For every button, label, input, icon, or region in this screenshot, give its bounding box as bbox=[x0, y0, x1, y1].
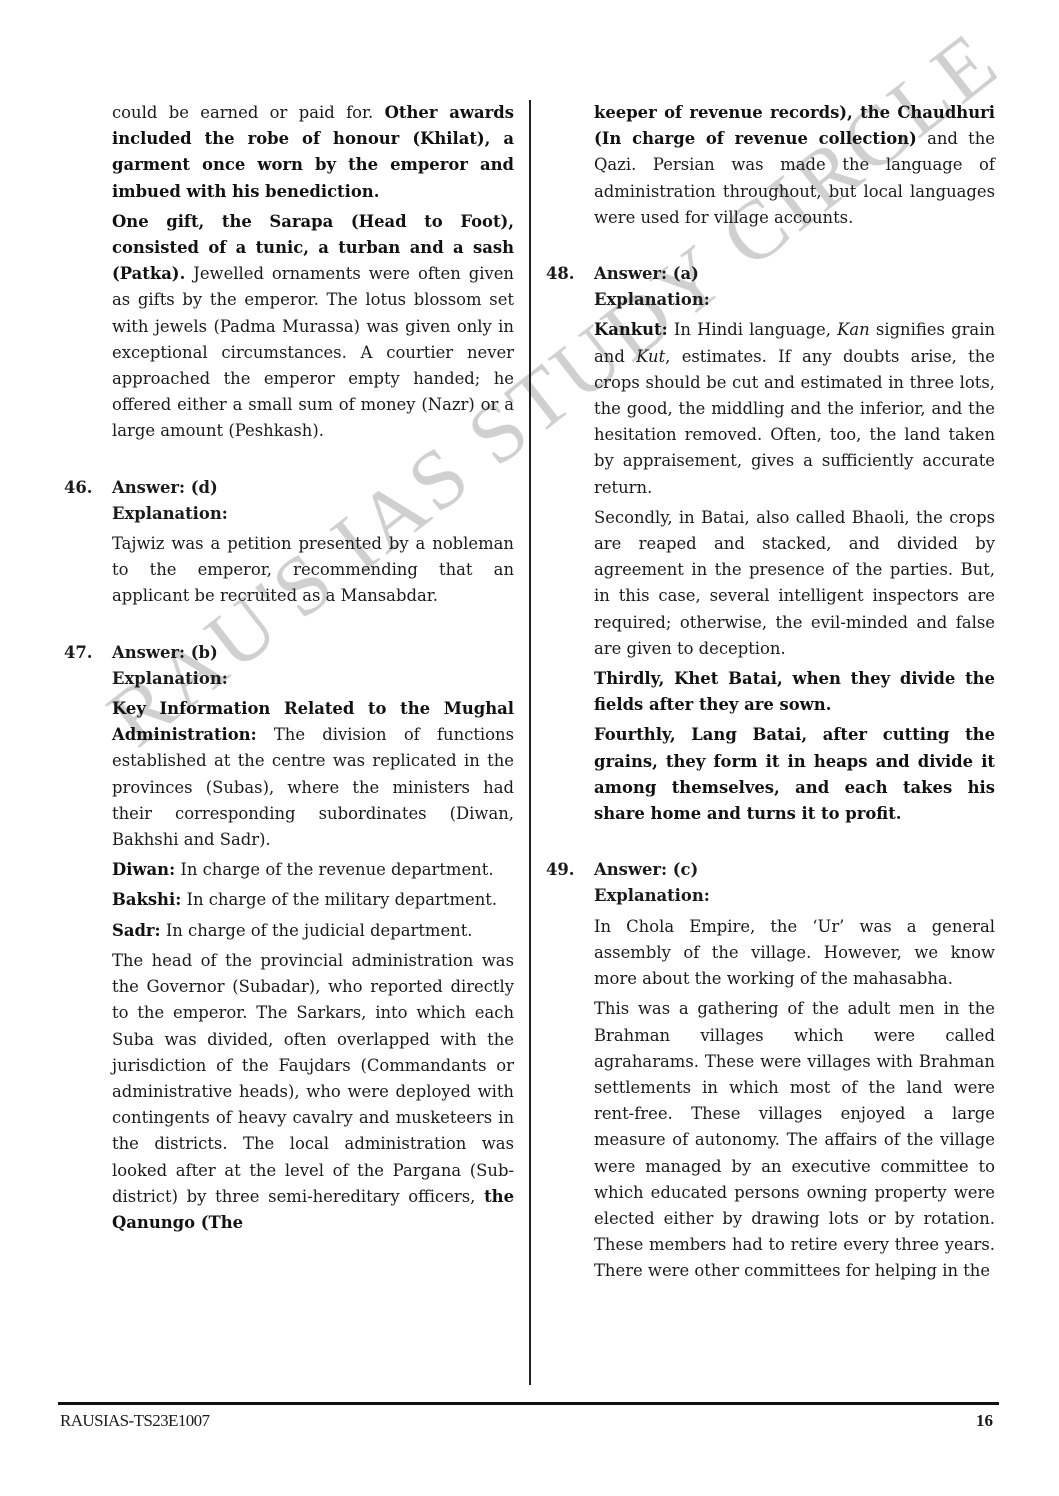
sadr-paragraph: Sadr: In charge of the judicial departme… bbox=[112, 918, 514, 944]
diwan-paragraph: Diwan: In charge of the revenue departme… bbox=[112, 857, 514, 883]
question-number: 48. bbox=[546, 261, 575, 287]
right-column: keeper of revenue records), the Chaudhur… bbox=[594, 100, 995, 1289]
provincial-admin-paragraph: The head of the provincial administratio… bbox=[112, 948, 514, 1236]
answer-label: Answer: (a) bbox=[594, 264, 699, 283]
lang-batai-paragraph: Fourthly, Lang Batai, after cutting the … bbox=[594, 722, 995, 827]
explanation-label: Explanation: bbox=[112, 501, 514, 527]
explanation-label: Explanation: bbox=[112, 666, 514, 692]
chola-ur-paragraph: In Chola Empire, the ‘Ur’ was a general … bbox=[594, 914, 995, 993]
bakshi-paragraph: Bakshi: In charge of the military depart… bbox=[112, 887, 514, 913]
khet-batai-paragraph: Thirdly, Khet Batai, when they divide th… bbox=[594, 666, 995, 718]
continuation-paragraph: keeper of revenue records), the Chaudhur… bbox=[594, 100, 995, 231]
left-column: could be earned or paid for. Other award… bbox=[112, 100, 514, 1240]
explanation-label: Explanation: bbox=[594, 287, 995, 313]
answer-label: Answer: (d) bbox=[112, 478, 218, 497]
answer-label: Answer: (b) bbox=[112, 643, 218, 662]
question-48-answer: 48. Answer: (a) bbox=[594, 261, 995, 287]
question-number: 46. bbox=[64, 475, 93, 501]
q46-explanation-text: Tajwiz was a petition presented by a nob… bbox=[112, 531, 514, 610]
sarapa-paragraph: One gift, the Sarapa (Head to Foot), con… bbox=[112, 209, 514, 445]
mughal-admin-paragraph: Key Information Related to the Mughal Ad… bbox=[112, 696, 514, 853]
question-49-answer: 49. Answer: (c) bbox=[594, 857, 995, 883]
page-number: 16 bbox=[976, 1411, 993, 1431]
answer-label: Answer: (c) bbox=[594, 860, 698, 879]
document-page: RAU'S IAS STUDY CIRCLE could be earned o… bbox=[0, 0, 1059, 1496]
question-number: 49. bbox=[546, 857, 575, 883]
question-46-answer: 46. Answer: (d) bbox=[112, 475, 514, 501]
mahasabha-paragraph: This was a gathering of the adult men in… bbox=[594, 996, 995, 1284]
kankut-paragraph: Kankut: In Hindi language, Kan signifies… bbox=[594, 317, 995, 500]
continuation-paragraph: could be earned or paid for. Other award… bbox=[112, 100, 514, 205]
document-code: RAUSIAS-TS23E1007 bbox=[60, 1411, 209, 1431]
footer-rule bbox=[58, 1402, 999, 1405]
column-divider bbox=[529, 100, 531, 1385]
question-number: 47. bbox=[64, 640, 93, 666]
explanation-label: Explanation: bbox=[594, 883, 995, 909]
question-47-answer: 47. Answer: (b) bbox=[112, 640, 514, 666]
batai-paragraph: Secondly, in Batai, also called Bhaoli, … bbox=[594, 505, 995, 662]
